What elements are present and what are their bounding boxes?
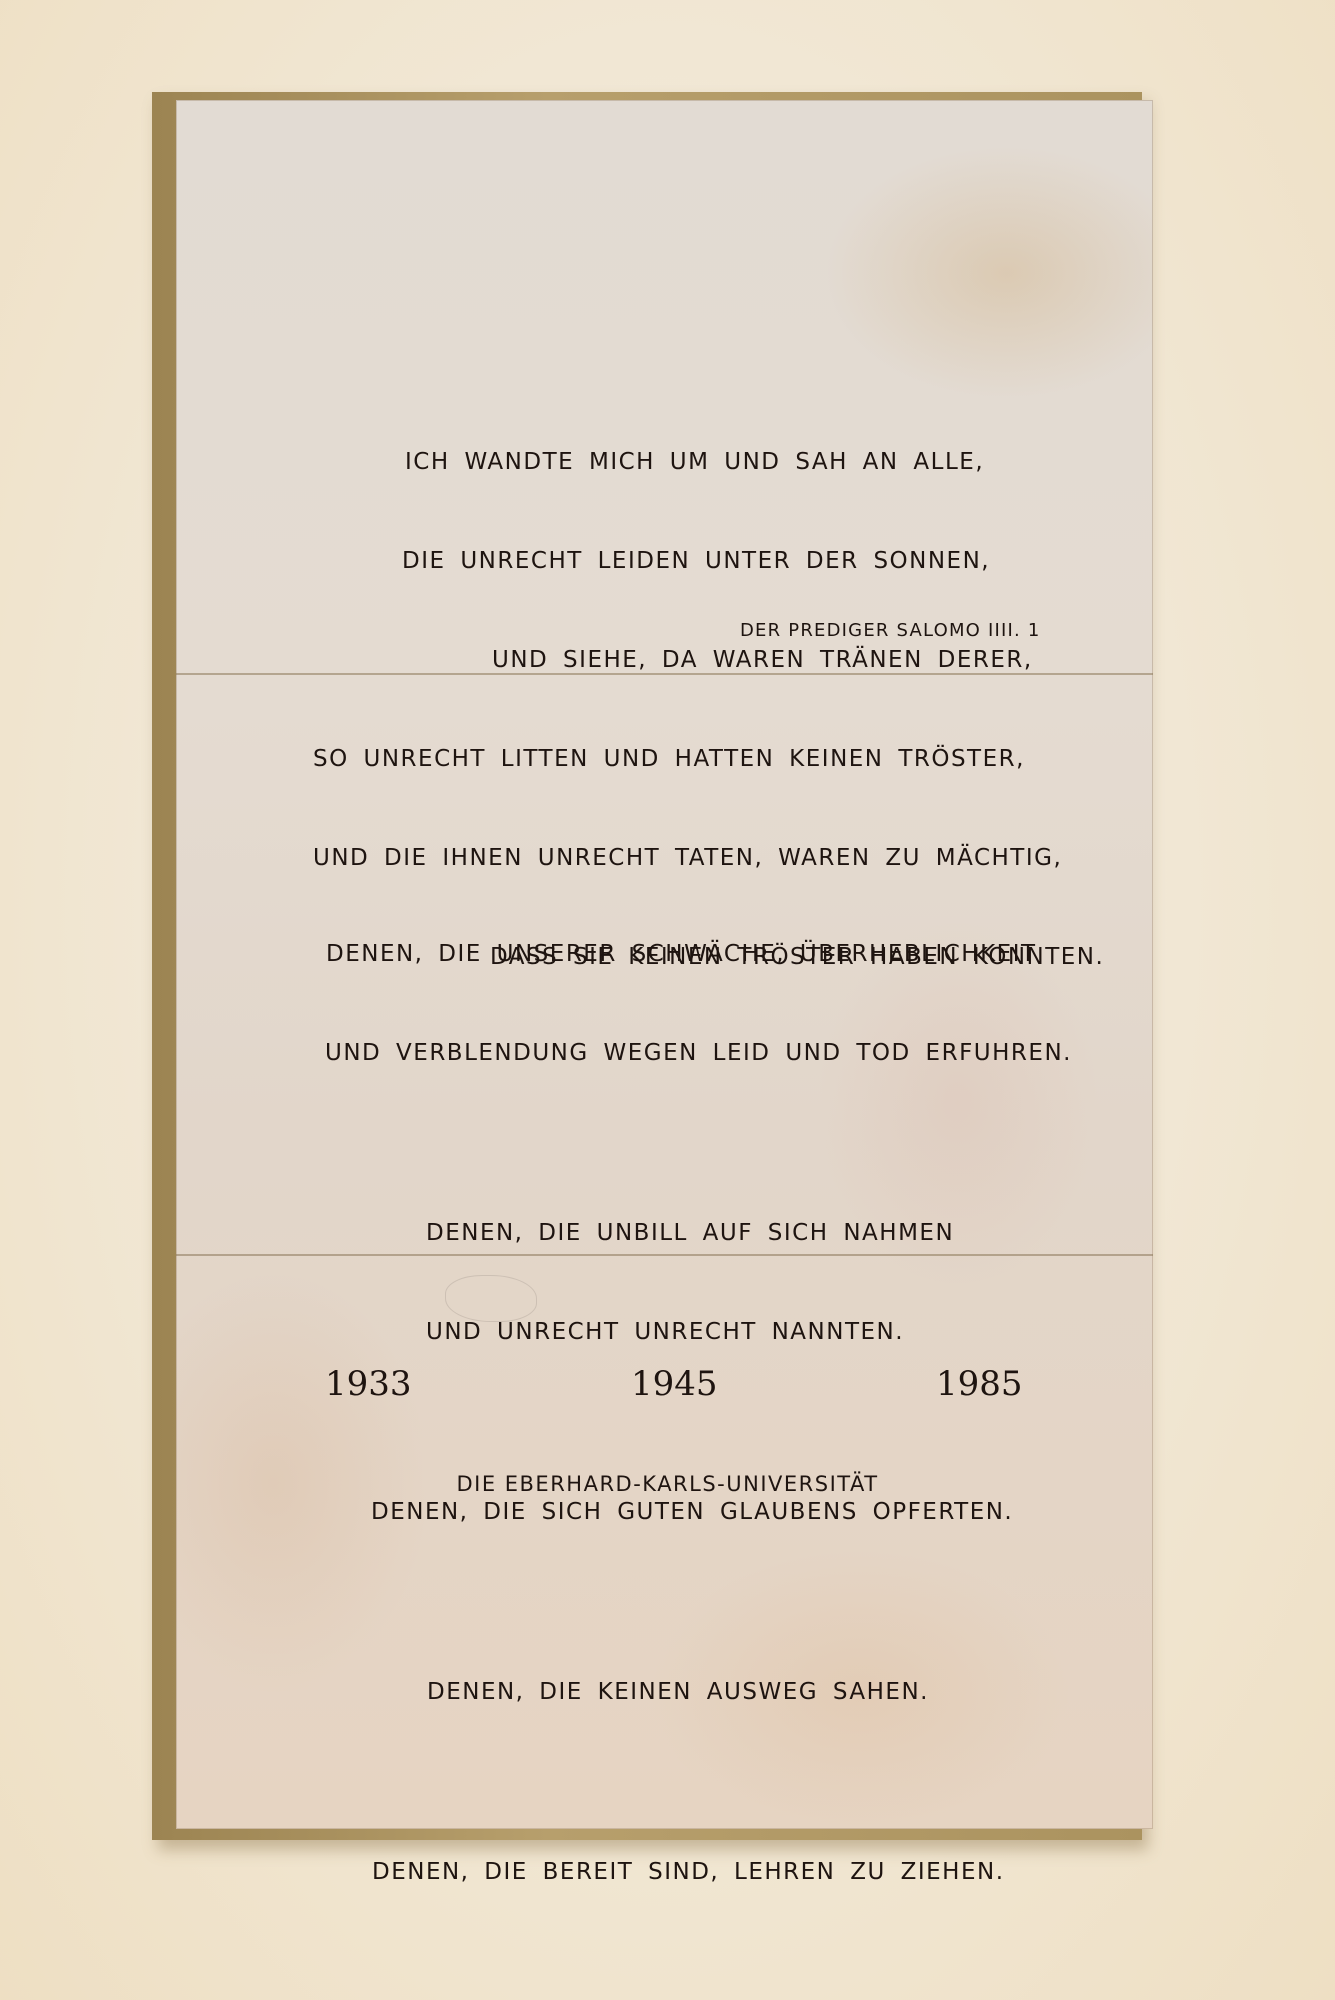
- dedication-line: DENEN, DIE UNSERER SCHWÄCHE, ÜBERHEBLICH…: [176, 938, 1153, 971]
- verse-line: ICH WANDTE MICH UM UND SAH AN ALLE,: [176, 446, 1153, 479]
- dedication-line: DENEN, DIE SICH GUTEN GLAUBENS OPFERTEN.: [176, 1496, 1153, 1529]
- dedication-line: UND VERBLENDUNG WEGEN LEID UND TOD ERFUH…: [176, 1037, 1153, 1070]
- dedication-line: DENEN, DIE UNBILL AUF SICH NAHMEN: [176, 1217, 1153, 1250]
- verse-line: UND SIEHE, DA WAREN TRÄNEN DERER,: [176, 644, 1153, 677]
- verse-citation: DER PREDIGER SALOMO IIII. 1: [740, 620, 1041, 641]
- year-start: 1933: [325, 1364, 412, 1404]
- year-dedication: 1985: [936, 1364, 1023, 1404]
- verse-line: UND DIE IHNEN UNRECHT TATEN, WAREN ZU MÄ…: [176, 842, 1153, 875]
- dedication-line: DENEN, DIE KEINEN AUSWEG SAHEN.: [176, 1676, 1153, 1709]
- verse-line: DIE UNRECHT LEIDEN UNTER DER SONNEN,: [176, 545, 1153, 578]
- university-signature: DIE EBERHARD-KARLS-UNIVERSITÄT: [0, 1472, 1335, 1496]
- year-end-of-war: 1945: [631, 1364, 718, 1404]
- dedication-line: UND UNRECHT UNRECHT NANNTEN.: [176, 1316, 1153, 1349]
- dedication-line: DENEN, DIE BEREIT SIND, LEHREN ZU ZIEHEN…: [176, 1856, 1153, 1889]
- verse-line: SO UNRECHT LITTEN UND HATTEN KEINEN TRÖS…: [176, 743, 1153, 776]
